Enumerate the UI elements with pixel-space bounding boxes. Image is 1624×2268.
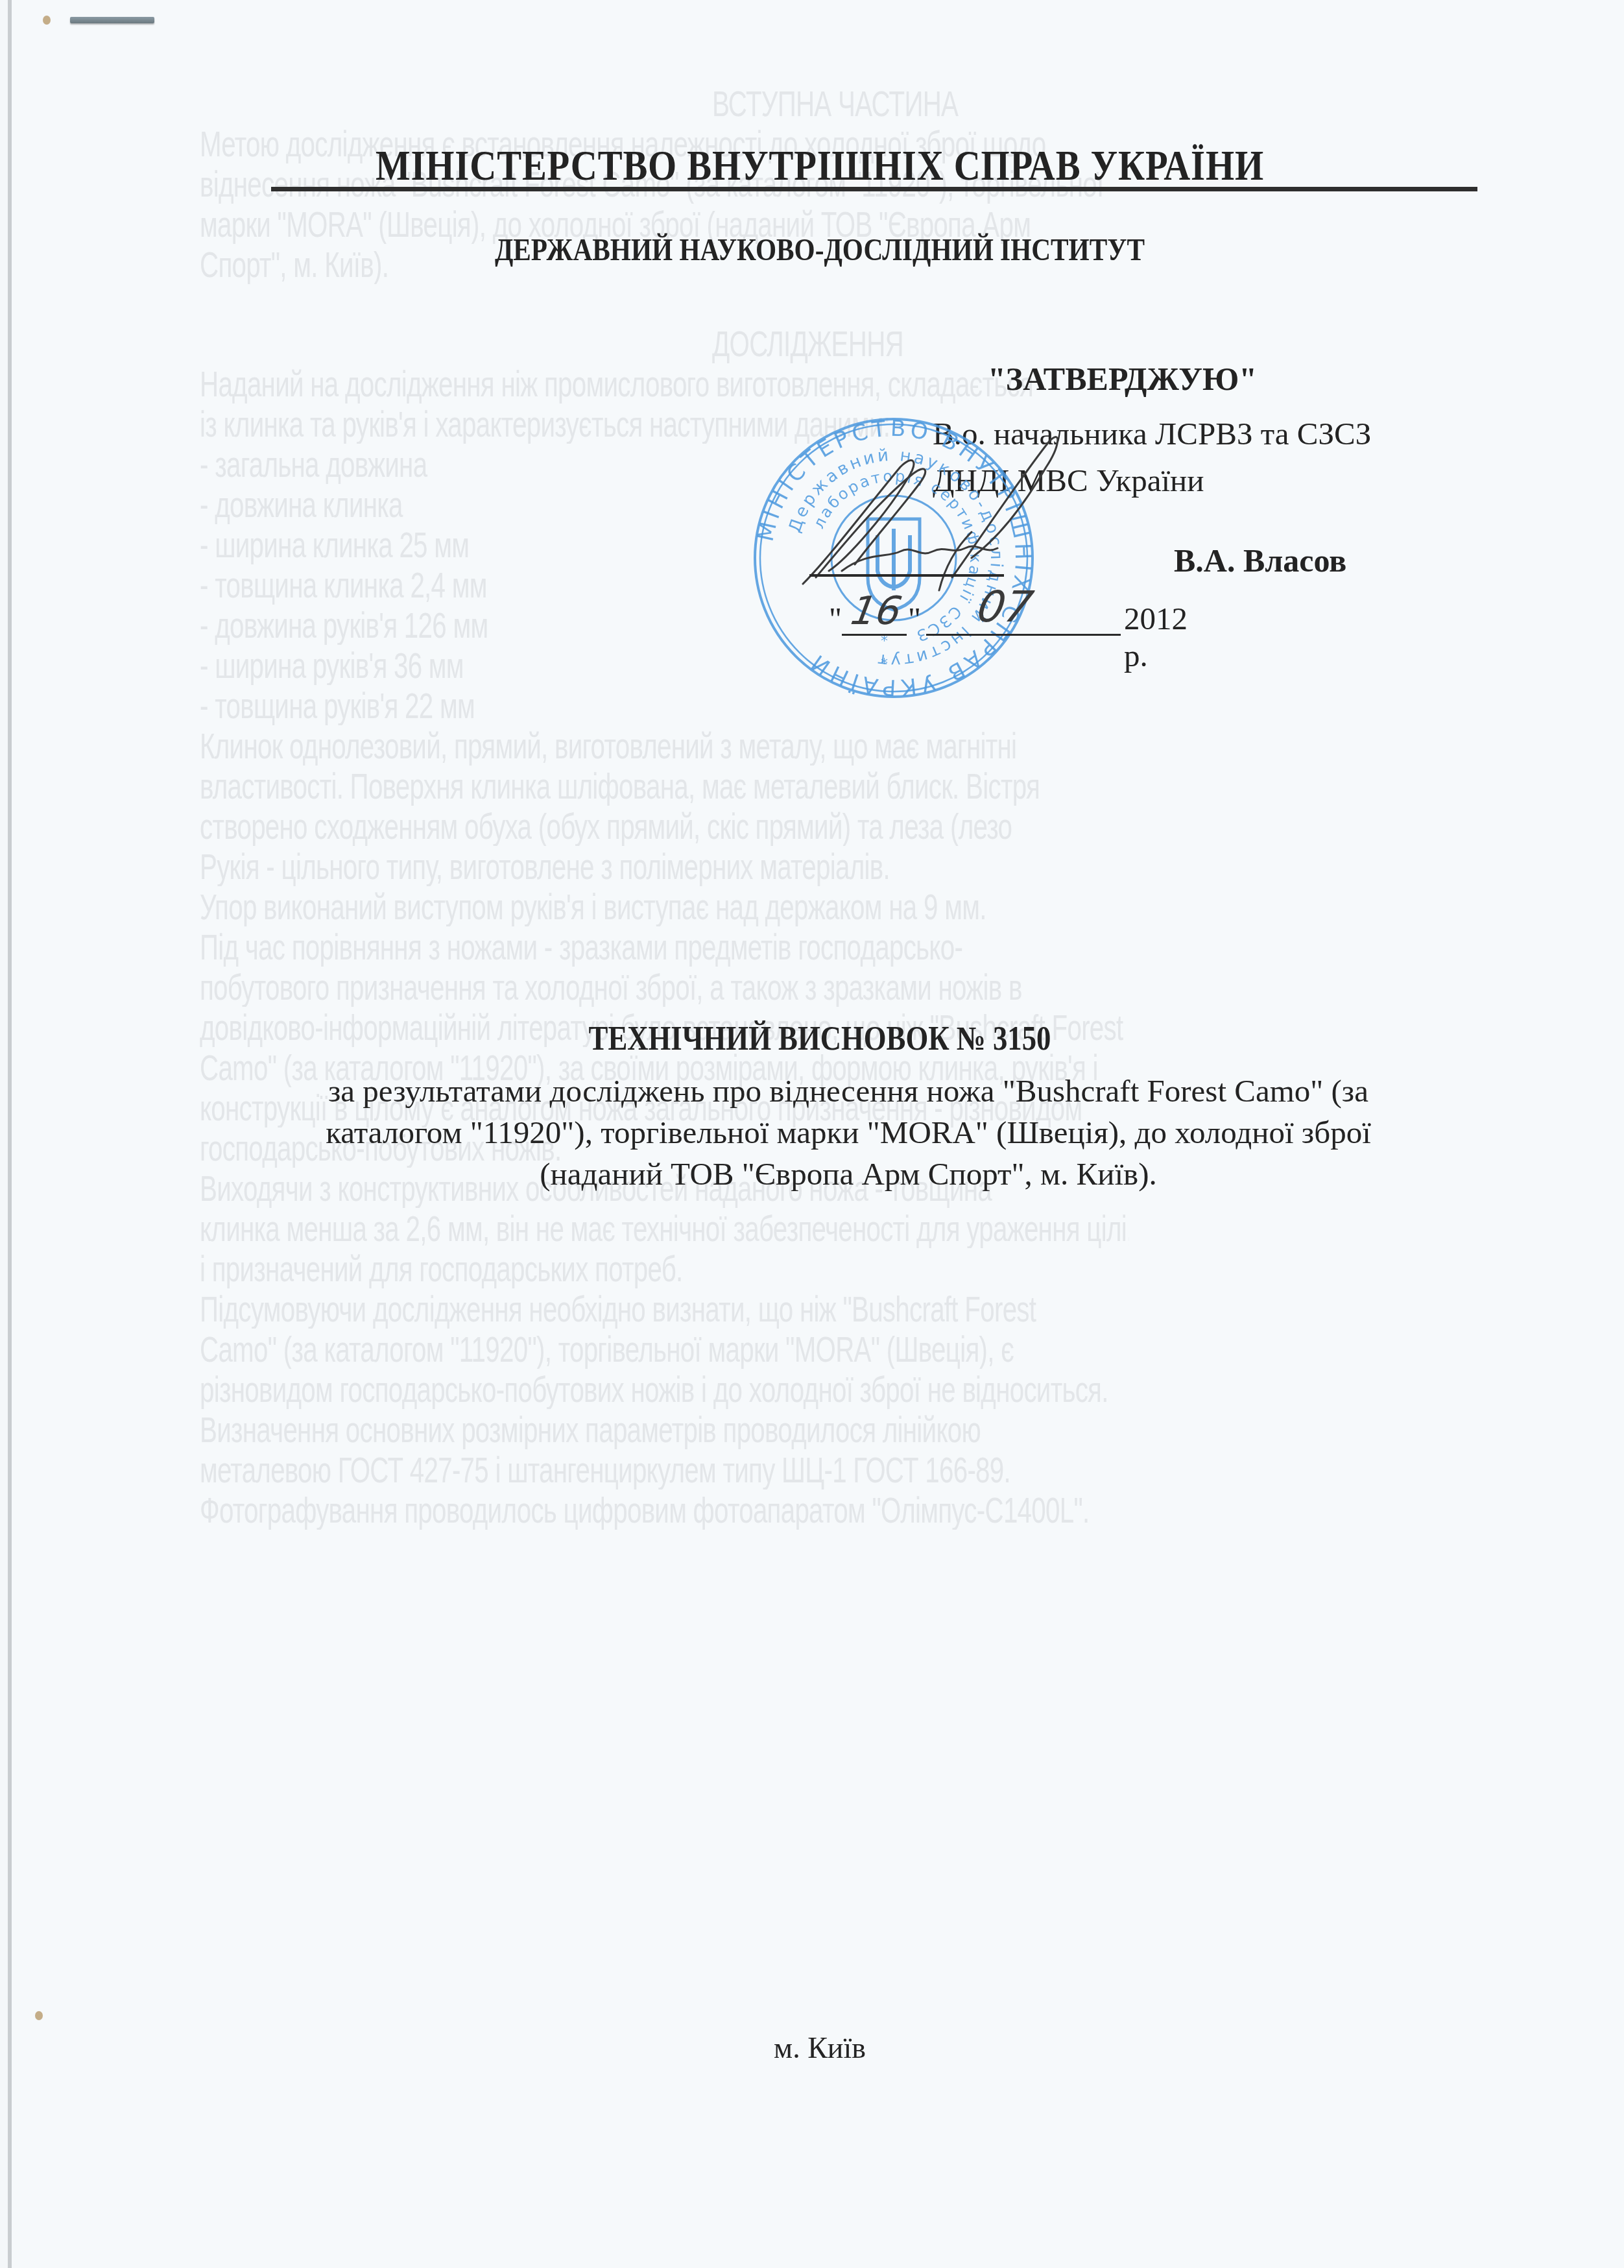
institute-heading: ДЕРЖАВНИЙ НАУКОВО-ДОСЛІДНИЙ ІНСТИТУТ [125,232,1514,268]
date-month-line [926,634,1121,636]
subtitle-line: за результатами досліджень про віднесенн… [232,1070,1464,1112]
bleed-through-line: Camo" (за каталогом "11920"), торгівельн… [200,1330,1129,1369]
subtitle-line: каталогом "11920"), торгівельної марки "… [232,1112,1464,1153]
bleed-through-line: Клинок однолезовий, прямий, виготовлений… [200,727,1129,766]
date-year: 2012 р. [1124,600,1188,674]
signer-name: В.А. Власов [1174,542,1346,579]
bleed-through-line: ВСТУПНА ЧАСТИНА [712,84,1624,123]
approval-title: "ЗАТВЕРДЖУЮ" [988,360,1257,398]
bleed-through-line: Підсумовуючи дослідження необхідно визна… [200,1290,1129,1329]
date-day-handwritten: 16 [848,588,905,634]
bleed-through-line: Рукія - цільного типу, виготовлене з пол… [200,847,1129,886]
bleed-through-line: ДОСЛІДЖЕННЯ [712,324,1624,363]
bleed-through-line: побутового призначення та холодної зброї… [200,968,1129,1007]
staple [70,17,154,23]
paper-speck [35,2011,43,2020]
date-close-quote: " [908,600,921,637]
paper-speck [43,16,51,25]
bleed-through-line: властивості. Поверхня клинка шліфована, … [200,767,1129,806]
city-footer: м. Київ [12,2031,1624,2065]
bleed-through-line: і призначений для господарських потреб. [200,1249,1129,1288]
document-subtitle: за результатами досліджень про віднесенн… [232,1070,1464,1195]
svg-text:*: * [881,656,888,672]
bleed-through-line: створено сходженням обуха (обух прямий, … [200,807,1129,846]
handwritten-signature [790,428,1062,597]
bleed-through-line: Фотографування проводилось цифровим фото… [200,1491,1129,1530]
bleed-through-line: Під час порівняння з ножами - зразками п… [200,928,1129,967]
date-month-handwritten: 07 [973,582,1037,632]
bleed-through-line: клинка менша за 2,6 мм, він не має техні… [200,1209,1129,1248]
bleed-through-line: Упор виконаний виступом руків'я і виступ… [200,887,1129,926]
bleed-through-line: металевою ГОСТ 427-75 і штангенциркулем … [200,1451,1129,1490]
document-title: ТЕХНІЧНИЙ ВИСНОВОК № 3150 [125,1020,1514,1058]
signature-line [809,574,1004,577]
date-open-quote: " [829,600,842,637]
ministry-heading: МІНІСТЕРСТВО ВНУТРІШНІХ СПРАВ УКРАЇНИ [125,141,1514,191]
subtitle-line: (наданий ТОВ "Європа Арм Спорт", м. Київ… [232,1153,1464,1195]
scanned-page: ВСТУПНА ЧАСТИНАМетою дослідження є встан… [8,0,1624,2268]
header-rule [271,187,1477,191]
date-day-line [842,634,907,636]
bleed-through-line: різновидом господарсько-побутових ножів … [200,1370,1129,1409]
bleed-through-line: Визначення основних розмірних параметрів… [200,1410,1129,1449]
